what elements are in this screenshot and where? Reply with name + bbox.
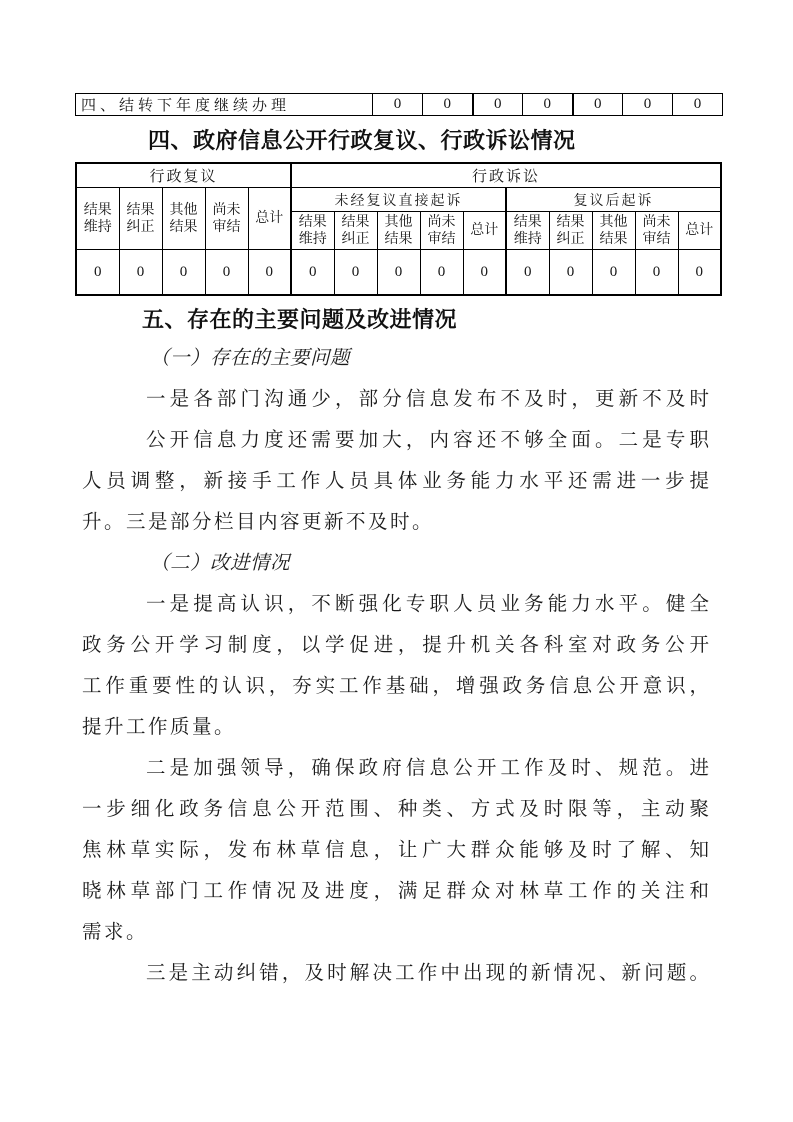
value-cell: 0: [635, 250, 678, 296]
group-header-administrative-review: 行政复议: [76, 163, 291, 188]
paragraph-line: 一是提高认识，不断强化专职人员业务能力水平。健全: [82, 584, 710, 625]
value-cell: 0: [549, 250, 592, 296]
value-cell: 0: [678, 250, 721, 296]
paragraph-line: 二是加强领导，确保政府信息公开工作及时、规范。进: [82, 748, 710, 789]
document-page: 四、结转下年度继续办理 0 0 0 0 0 0 0 四、政府信息公开行政复议、行…: [0, 0, 793, 1122]
section4-title: 四、政府信息公开行政复议、行政诉讼情况: [148, 124, 576, 155]
value-cell: 0: [291, 250, 334, 296]
subgroup-header-suit-after-review: 复议后起诉: [506, 188, 721, 212]
carryover-value-cell: 0: [473, 94, 523, 116]
col-header-pending: 尚未审结: [420, 212, 463, 250]
value-cell: 0: [162, 250, 205, 296]
paragraph-line: 升。三是部分栏目内容更新不及时。: [82, 502, 710, 543]
col-header-result-upheld: 结果维持: [506, 212, 549, 250]
col-header-result-corrected: 结果纠正: [119, 188, 162, 250]
value-cell: 0: [592, 250, 635, 296]
paragraph-line: 晓林草部门工作情况及进度，满足群众对林草工作的关注和: [82, 871, 710, 912]
carryover-value-cell: 0: [623, 94, 673, 116]
value-cell: 0: [205, 250, 248, 296]
col-header-other-result: 其他结果: [162, 188, 205, 250]
paragraph-line: 提升工作质量。: [82, 707, 710, 748]
paragraph-line: 人员调整，新接手工作人员具体业务能力水平还需进一步提: [82, 461, 710, 502]
subsection-heading: （二）改进情况: [82, 543, 710, 584]
subgroup-header-row: 结果维持 结果纠正 其他结果 尚未审结 总计 未经复议直接起诉 复议后起诉: [76, 188, 721, 212]
col-header-total: 总计: [678, 212, 721, 250]
value-cell: 0: [248, 250, 291, 296]
paragraph-line: 三是主动纠错，及时解决工作中出现的新情况、新问题。: [82, 953, 710, 994]
col-header-other-result: 其他结果: [592, 212, 635, 250]
paragraph-line: 政务公开学习制度，以学促进，提升机关各科室对政务公开: [82, 625, 710, 666]
value-cell: 0: [420, 250, 463, 296]
section5-body: （一）存在的主要问题 一是各部门沟通少，部分信息发布不及时，更新不及时 公开信息…: [82, 338, 710, 994]
subsection-heading: （一）存在的主要问题: [82, 338, 710, 379]
col-header-result-upheld: 结果维持: [291, 212, 334, 250]
carryover-table: 四、结转下年度继续办理 0 0 0 0 0 0 0: [75, 93, 723, 116]
col-header-result-corrected: 结果纠正: [334, 212, 377, 250]
col-header-pending: 尚未审结: [635, 212, 678, 250]
col-header-pending: 尚未审结: [205, 188, 248, 250]
col-header-other-result: 其他结果: [377, 212, 420, 250]
col-header-result-upheld: 结果维持: [76, 188, 119, 250]
paragraph-line: 一步细化政务信息公开范围、种类、方式及时限等，主动聚: [82, 789, 710, 830]
carryover-value-cell: 0: [523, 94, 573, 116]
carryover-value-cell: 0: [373, 94, 423, 116]
value-cell: 0: [119, 250, 162, 296]
paragraph-line: 一是各部门沟通少，部分信息发布不及时，更新不及时: [82, 379, 710, 420]
section5-title: 五、存在的主要问题及改进情况: [142, 303, 457, 334]
paragraph-line: 公开信息力度还需要加大，内容还不够全面。二是专职: [82, 420, 710, 461]
group-header-administrative-litigation: 行政诉讼: [291, 163, 721, 188]
col-header-total: 总计: [248, 188, 291, 250]
col-header-result-corrected: 结果纠正: [549, 212, 592, 250]
value-cell: 0: [463, 250, 506, 296]
value-cell: 0: [377, 250, 420, 296]
carryover-value-cell: 0: [573, 94, 623, 116]
group-header-row: 行政复议 行政诉讼: [76, 163, 721, 188]
review-litigation-table: 行政复议 行政诉讼 结果维持 结果纠正 其他结果 尚未审结 总计 未经复议直接起…: [75, 162, 722, 296]
paragraph-line: 工作重要性的认识，夯实工作基础，增强政务信息公开意识，: [82, 666, 710, 707]
values-row: 0 0 0 0 0 0 0 0 0 0 0 0 0 0 0: [76, 250, 721, 296]
carryover-row: 四、结转下年度继续办理 0 0 0 0 0 0 0: [76, 94, 723, 116]
paragraph-line: 需求。: [82, 912, 710, 953]
value-cell: 0: [334, 250, 377, 296]
subgroup-header-direct-suit: 未经复议直接起诉: [291, 188, 506, 212]
carryover-value-cell: 0: [673, 94, 723, 116]
value-cell: 0: [506, 250, 549, 296]
carryover-value-cell: 0: [423, 94, 473, 116]
value-cell: 0: [76, 250, 119, 296]
paragraph-line: 焦林草实际，发布林草信息，让广大群众能够及时了解、知: [82, 830, 710, 871]
carryover-label: 四、结转下年度继续办理: [76, 94, 373, 116]
col-header-total: 总计: [463, 212, 506, 250]
